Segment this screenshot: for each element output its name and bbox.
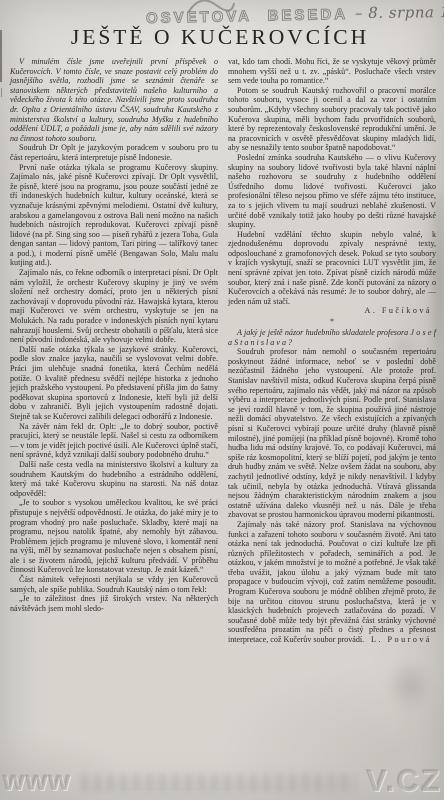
paragraph: vat, kdo tam chodí. Mohu říci, že se vys… — [228, 57, 436, 86]
watermark-prefix: www — [3, 766, 71, 796]
article-title: JEŠTĚ O KUČEROVCÍCH — [22, 25, 418, 50]
paragraph: Další naše cesta vedla na ministerstvo š… — [10, 460, 218, 498]
paragraph: Zajímalo nás, co řekne odborník o interp… — [10, 268, 218, 345]
signature: A. Fučíková — [228, 306, 436, 316]
stamp-text: OSVETOVA BESEDA — [146, 6, 348, 27]
paragraph: „Je to soubor s vysokou uměleckou kvalit… — [10, 498, 218, 575]
watermark-suffix: V.CZ — [366, 765, 442, 796]
right-column: vat, kdo tam chodí. Mohu říci, že se vys… — [228, 57, 436, 645]
watermark-smudge — [81, 774, 356, 792]
paragraph: V minulém čísle jsme uveřejnili první př… — [10, 57, 218, 143]
paragraph: Poslední zmínka soudruha Kautského — o v… — [228, 153, 436, 230]
paragraph: Soudruh profesor nám nemohl o současném … — [228, 347, 436, 520]
paragraph: „Je to záležitost dnes již širokých vrst… — [10, 594, 218, 613]
paragraph: Hudební vzdělání těchto skupin nebylo va… — [228, 230, 436, 307]
paragraph: První naše otázka týkala se programu Kuč… — [10, 163, 218, 269]
paragraph: Na závěr nám řekl dr. Oplt: „Je to dobrý… — [10, 422, 218, 460]
article-body: V minulém čísle jsme uveřejnili první př… — [0, 57, 444, 645]
paragraph: Potom se soudruh Kautský rozhovořil o pr… — [228, 86, 436, 153]
left-column: V minulém čísle jsme uveřejnili první př… — [10, 57, 218, 645]
paragraph: Další naše otázka týkala se jazykové str… — [10, 345, 218, 422]
paragraph: Zajímaly nás také názory prof. Stanislav… — [228, 520, 436, 645]
paragraph: A jaký je ještě názor hudebního skladate… — [228, 328, 436, 347]
paragraph: Soudruh Dr Oplt je jazykovým poradcem v … — [10, 143, 218, 162]
section-separator: * — [228, 316, 436, 328]
watermark: www V.CZ — [3, 760, 442, 796]
paragraph: Část námitek veřejnosti netýkala se vždy… — [10, 575, 218, 594]
stamp-date: – 8. srpna 1956 — [355, 3, 444, 22]
scan-blotch — [380, 640, 440, 730]
scanned-article-page: OSVETOVA BESEDA – 8. srpna 1956 JEŠTĚ O … — [0, 0, 444, 800]
